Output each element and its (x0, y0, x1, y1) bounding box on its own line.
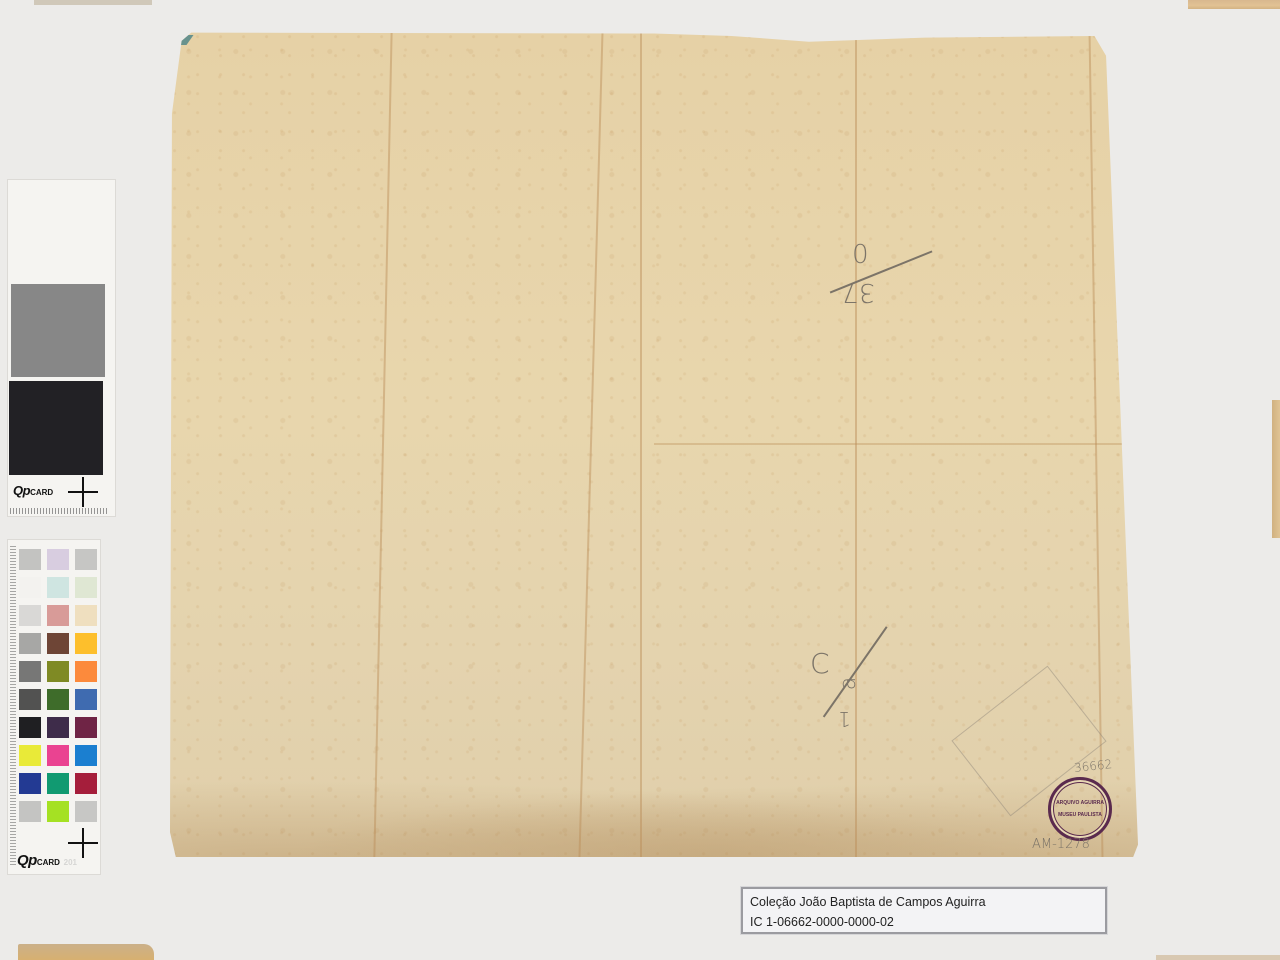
color-swatch (75, 549, 97, 570)
color-swatch (19, 605, 41, 626)
ruler-scale (10, 546, 16, 866)
catalog-label: Coleção João Baptista de Campos Aguirra … (741, 887, 1107, 934)
color-swatch (75, 689, 97, 710)
qpcard-logo: QpCARD 201 (17, 852, 77, 869)
fold-line (640, 31, 642, 857)
color-swatch (19, 801, 41, 822)
torn-corner (168, 35, 193, 45)
black-patch (9, 381, 103, 475)
grayscale-calibration-card: QpCARD (8, 180, 115, 516)
color-swatch (47, 773, 69, 794)
color-swatch (47, 605, 69, 626)
tape-strip (1272, 400, 1280, 538)
document-sheet: 0 37 C a 1 36662 ARQUIVO AGUIRRA MUSEU P… (170, 31, 1138, 857)
fold-line (654, 443, 1138, 445)
arquivo-aguirra-stamp: ARQUIVO AGUIRRA MUSEU PAULISTA (1048, 777, 1112, 841)
color-swatch (19, 773, 41, 794)
color-swatch (47, 577, 69, 598)
color-swatch (75, 661, 97, 682)
qpcard-logo: QpCARD (13, 483, 53, 498)
color-swatch (47, 689, 69, 710)
gray-patch (11, 284, 105, 377)
collection-name: Coleção João Baptista de Campos Aguirra (750, 892, 1105, 912)
color-swatch (75, 773, 97, 794)
color-swatch (75, 633, 97, 654)
color-swatch (47, 661, 69, 682)
color-swatch (47, 549, 69, 570)
color-swatch (19, 549, 41, 570)
color-swatch (75, 745, 97, 766)
torn-edge (825, 31, 1025, 37)
catalog-id: IC 1-06662-0000-0000-02 (750, 912, 1105, 932)
color-swatch (75, 801, 97, 822)
color-swatch (19, 577, 41, 598)
color-swatch (75, 605, 97, 626)
tape-strip (34, 0, 152, 5)
fold-line (578, 31, 603, 857)
color-swatch (47, 633, 69, 654)
tape-strip (1156, 955, 1280, 960)
color-swatch (19, 717, 41, 738)
color-swatch (47, 717, 69, 738)
color-swatch (19, 661, 41, 682)
color-swatch (47, 801, 69, 822)
color-swatch (19, 689, 41, 710)
color-calibration-card: QpCARD 201 (8, 540, 100, 874)
color-swatch (19, 633, 41, 654)
white-patch (12, 184, 108, 280)
color-swatch (75, 717, 97, 738)
color-swatch (19, 745, 41, 766)
tape-strip (18, 944, 154, 960)
color-swatch (47, 745, 69, 766)
fold-line (373, 31, 392, 857)
color-swatch (75, 577, 97, 598)
ruler-scale (10, 508, 108, 514)
inventory-number-bottom: AM-1278 (1032, 837, 1090, 852)
tape-strip (1188, 0, 1280, 9)
crosshair-icon (68, 477, 98, 507)
